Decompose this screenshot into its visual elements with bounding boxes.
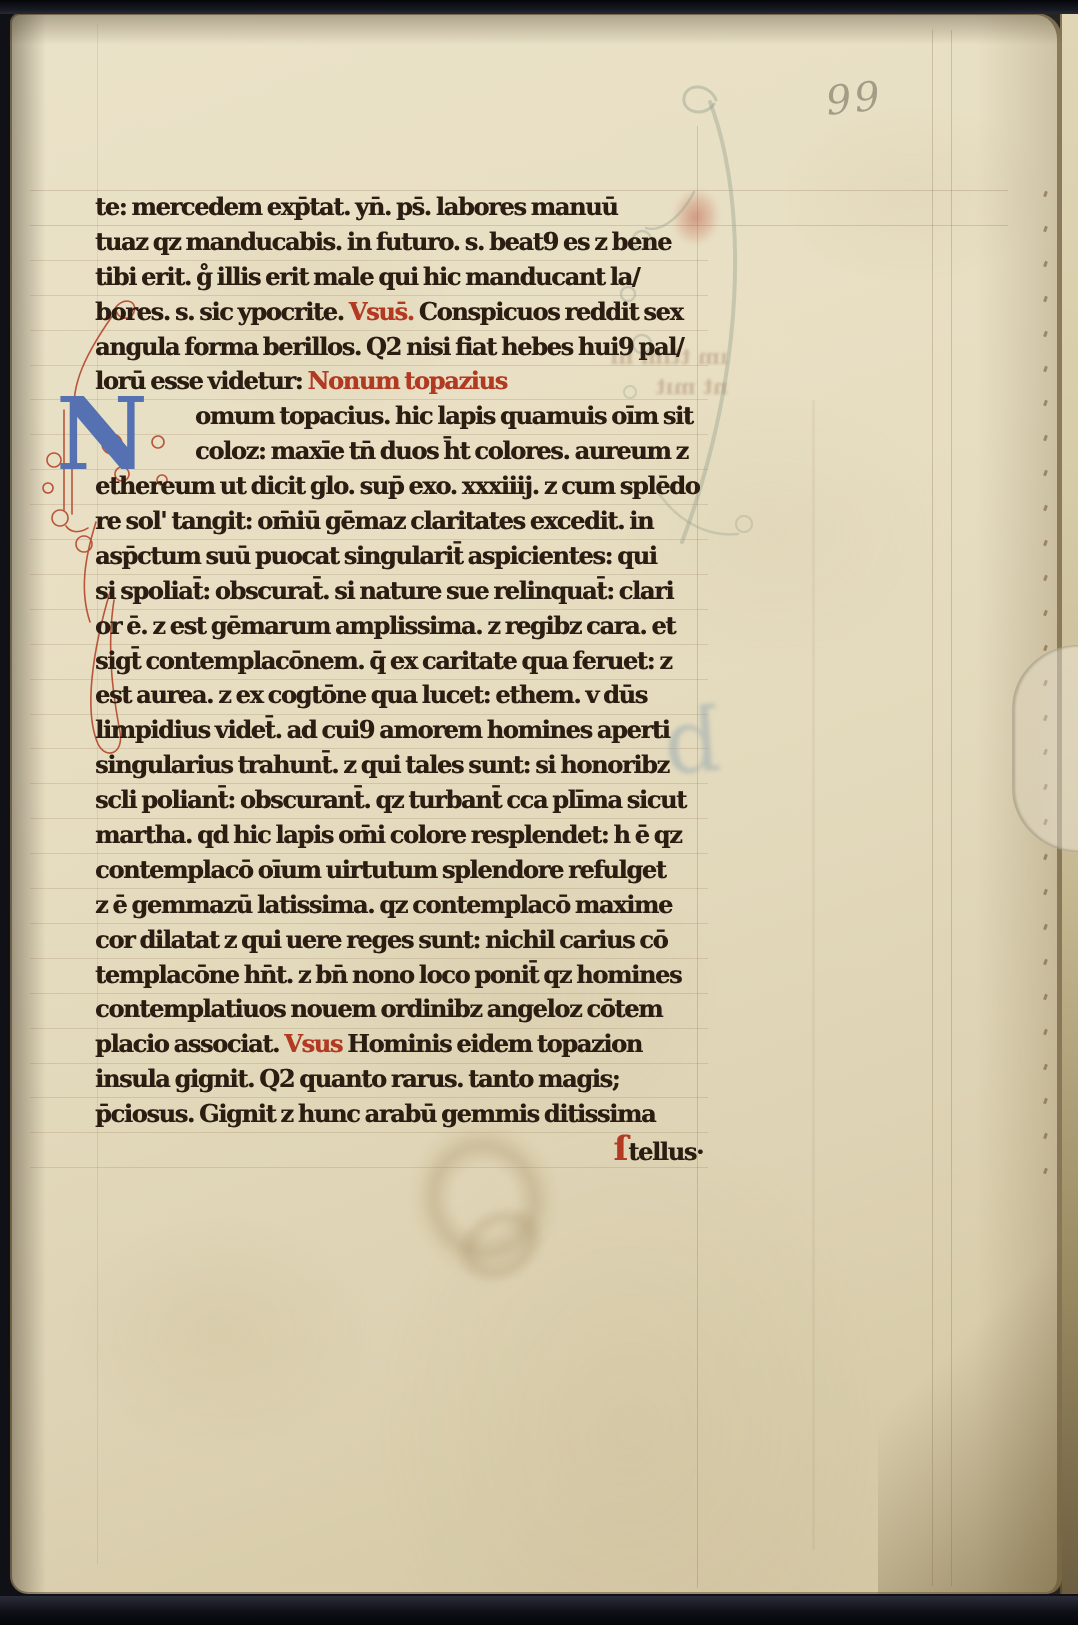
manuscript-line: re sol' tangit: om̄iū gēmaz claritates e… [95,504,709,539]
body-text: bores. s. sic ypocrite. [95,297,349,326]
folio-number: 99 [824,73,885,125]
manuscript-line: tibi erit. g̊ illis erit male qui hic ma… [95,260,709,295]
body-text: est aurea. z ex cogtōne qua lucet: ethem… [95,680,647,709]
body-text: Conspicuos reddit sex [414,297,683,326]
manuscript-line: est aurea. z ex cogtōne qua lucet: ethem… [95,678,709,713]
binding-edge-bottom [0,1596,1078,1625]
manuscript-line: limpidius videt̄. ad cui9 amorem homines… [95,713,709,748]
rubric-text: Vsus̄. [349,297,414,326]
body-text: or ē. z est gēmarum amplissima. z regibz… [95,611,675,640]
body-text: limpidius videt̄. ad cui9 amorem homines… [95,715,669,744]
body-text: z ē gemmazū latissima. qz contemplacō ma… [95,890,672,919]
manuscript-line: bores. s. sic ypocrite. Vsus̄. Conspicuo… [95,295,709,330]
manuscript-photograph: ım ttım nınt mıt b [0,0,1078,1625]
rubric-text: Vsus [284,1029,342,1058]
ruling-horizontal-line [30,1167,708,1168]
body-text: templacōne hn̄t. z bn̄ nono loco ponit̄ … [95,960,681,989]
manuscript-line: tuaz qz manducabis. in futuro. s. beat9 … [95,225,709,260]
manuscript-line: p̄ciosus. Gignit z hunc arabū gemmis dit… [95,1097,709,1132]
manuscript-line: contemplatiuos nouem ordinibz angeloz cō… [95,992,709,1027]
manuscript-line: contemplacō oīum uirtutum splendore refu… [95,853,709,888]
body-text: tibi erit. g̊ illis erit male qui hic ma… [95,262,639,291]
manuscript-line: omum topacius. hic lapis quamuis oīm sit [95,399,709,434]
manuscript-line: scli poliant̄: obscurant̄. qz turbant̄ c… [95,783,709,818]
manuscript-line: lorū esse videtur: Nonum topazius [95,364,709,399]
illuminated-initial: N [56,384,147,484]
manuscript-line: coloz: maxīe tn̄ duos h̄t colores. aureu… [95,434,709,469]
gutter-shadow [10,13,46,1594]
rubric-text: Nonum topazius [307,366,507,395]
manuscript-line: or ē. z est gēmarum amplissima. z regibz… [95,609,709,644]
body-text: sigt̄ contemplacōnem. q̄ ex caritate qua… [95,646,672,675]
manuscript-line: cor dilatat z qui uere reges sunt: nichi… [95,923,709,958]
body-text: singularius trahunt̄. z qui tales sunt: … [95,750,669,779]
body-text: tellus· [628,1137,703,1166]
body-text: placio associat. [95,1029,284,1058]
manuscript-line: singularius trahunt̄. z qui tales sunt: … [95,748,709,783]
page-corner-shading [878,1222,1062,1594]
body-text: angula forma berillos. Q2 nisi fiat hebe… [95,332,683,361]
manuscript-line: sigt̄ contemplacōnem. q̄ ex caritate qua… [95,644,709,679]
manuscript-line: angula forma berillos. Q2 nisi fiat hebe… [95,330,709,365]
body-text: scli poliant̄: obscurant̄. qz turbant̄ c… [95,785,686,814]
body-text: tuaz qz manducabis. in futuro. s. beat9 … [95,227,671,256]
text-block: te: mercedem exp̄tat. yn̄. ps̄. labores … [95,190,709,1167]
body-text: cor dilatat z qui uere reges sunt: nichi… [95,925,667,954]
body-text: ethereum ut dicit glo. sup̄ exo. xxxiiij… [95,471,699,500]
body-text: asp̄ctum suū puocat singularit̄ aspicien… [95,541,657,570]
body-text: contemplacō oīum uirtutum splendore refu… [95,855,666,884]
body-text: re sol' tangit: om̄iū gēmaz claritates e… [95,506,653,535]
manuscript-line: placio associat. Vsus Hominis eidem topa… [95,1027,709,1062]
page-top-shadow [10,13,1062,45]
manuscript-line: z ē gemmazū latissima. qz contemplacō ma… [95,888,709,923]
body-text: contemplatiuos nouem ordinibz angeloz cō… [95,994,662,1023]
binding-edge-top [0,0,1078,14]
page-restraint-tab [1012,645,1078,852]
body-text: p̄ciosus. Gignit z hunc arabū gemmis dit… [95,1099,655,1128]
manuscript-line: asp̄ctum suū puocat singularit̄ aspicien… [95,539,709,574]
manuscript-line: si spoliat̄: obscurat̄. si nature sue re… [95,574,709,609]
body-text: coloz: maxīe tn̄ duos h̄t colores. aureu… [195,436,688,465]
body-text: te: mercedem exp̄tat. yn̄. ps̄. labores … [95,192,617,221]
body-text: omum topacius. hic lapis quamuis oīm sit [195,401,693,430]
body-text: Hominis eidem topazion [342,1029,642,1058]
body-text: si spoliat̄: obscurat̄. si nature sue re… [95,576,673,605]
body-text: martha. qd hic lapis om̄i colore resplen… [95,820,681,849]
manuscript-line: insula gignit. Q2 quanto rarus. tanto ma… [95,1062,709,1097]
manuscript-line: ethereum ut dicit glo. sup̄ exo. xxxiiij… [95,469,709,504]
manuscript-line: ſtellus· [95,1132,709,1167]
rubric-text: ſ [614,1129,629,1169]
manuscript-line: te: mercedem exp̄tat. yn̄. ps̄. labores … [95,190,709,225]
manuscript-line: templacōne hn̄t. z bn̄ nono loco ponit̄ … [95,958,709,993]
body-text: insula gignit. Q2 quanto rarus. tanto ma… [95,1064,619,1093]
parchment-crease [812,400,815,1550]
manuscript-line: martha. qd hic lapis om̄i colore resplen… [95,818,709,853]
